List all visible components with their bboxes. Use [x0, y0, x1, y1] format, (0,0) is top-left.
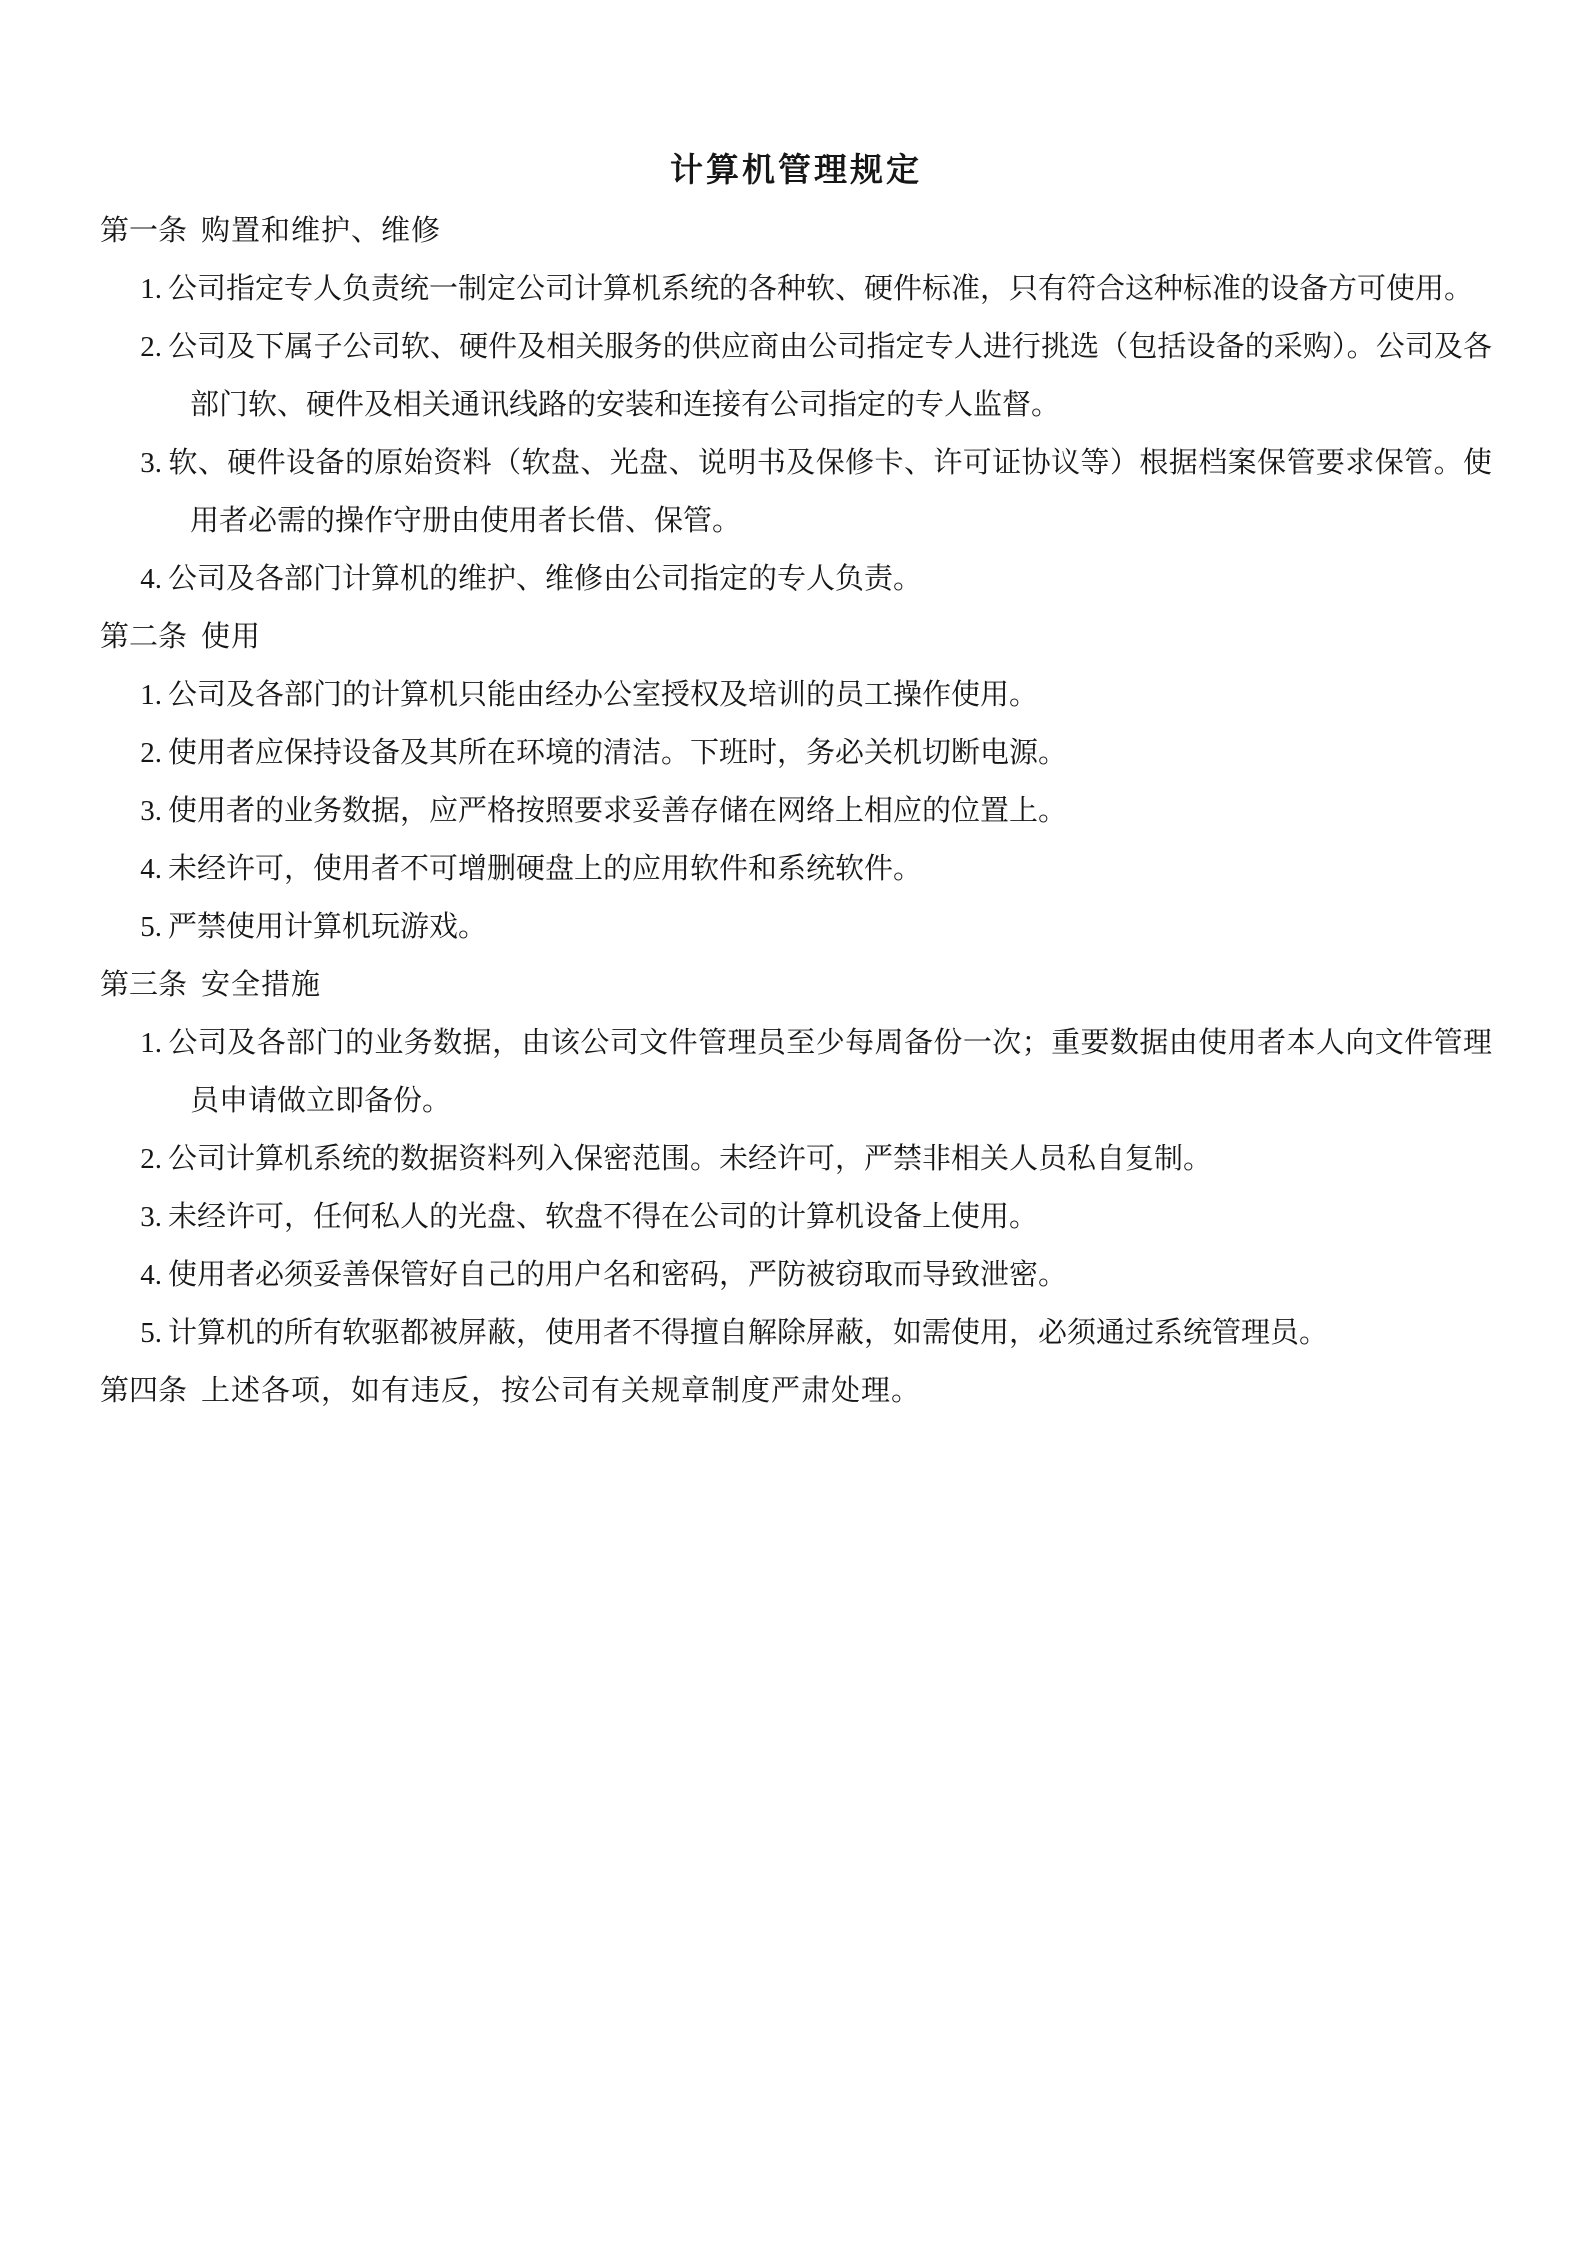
article-1-heading: 第一条购置和维护、维修 — [100, 202, 1492, 260]
item-text: 严禁使用计算机玩游戏。 — [168, 911, 487, 943]
item-text: 使用者应保持设备及其所在环境的清洁。下班时，务必关机切断电源。 — [168, 737, 1067, 769]
item-number: 3. — [138, 434, 162, 492]
article-3-label: 第三条 — [100, 969, 187, 1001]
list-item: 3.使用者的业务数据，应严格按照要求妥善存储在网络上相应的位置上。 — [100, 782, 1492, 840]
list-item: 1.公司及各部门的业务数据，由该公司文件管理员至少每周备份一次；重要数据由使用者… — [100, 1014, 1492, 1130]
article-4-label: 第四条 — [100, 1375, 187, 1407]
article-3-title: 安全措施 — [201, 969, 321, 1001]
list-item: 2.使用者应保持设备及其所在环境的清洁。下班时，务必关机切断电源。 — [100, 724, 1492, 782]
item-number: 4. — [138, 550, 162, 608]
article-2-heading: 第二条使用 — [100, 608, 1492, 666]
list-item: 4.公司及各部门计算机的维护、维修由公司指定的专人负责。 — [100, 550, 1492, 608]
item-text: 软、硬件设备的原始资料（软盘、光盘、说明书及保修卡、许可证协议等）根据档案保管要… — [168, 447, 1492, 537]
list-item: 1.公司指定专人负责统一制定公司计算机系统的各种软、硬件标准，只有符合这种标准的… — [100, 260, 1492, 318]
article-2-title: 使用 — [201, 621, 261, 653]
list-item: 2.公司及下属子公司软、硬件及相关服务的供应商由公司指定专人进行挑选（包括设备的… — [100, 318, 1492, 434]
list-item: 1.公司及各部门的计算机只能由经办公室授权及培训的员工操作使用。 — [100, 666, 1492, 724]
item-text: 公司及各部门计算机的维护、维修由公司指定的专人负责。 — [168, 563, 922, 595]
list-item: 5.严禁使用计算机玩游戏。 — [100, 898, 1492, 956]
item-text: 未经许可，使用者不可增删硬盘上的应用软件和系统软件。 — [168, 853, 922, 885]
item-number: 2. — [138, 318, 162, 376]
article-3: 第三条安全措施 1.公司及各部门的业务数据，由该公司文件管理员至少每周备份一次；… — [100, 956, 1492, 1362]
item-text: 使用者必须妥善保管好自己的用户名和密码，严防被窃取而导致泄密。 — [168, 1259, 1067, 1291]
item-number: 1. — [138, 260, 162, 318]
article-2-items: 1.公司及各部门的计算机只能由经办公室授权及培训的员工操作使用。 2.使用者应保… — [100, 666, 1492, 956]
item-text: 未经许可，任何私人的光盘、软盘不得在公司的计算机设备上使用。 — [168, 1201, 1038, 1233]
item-number: 5. — [138, 1304, 162, 1362]
item-text: 公司及各部门的计算机只能由经办公室授权及培训的员工操作使用。 — [168, 679, 1038, 711]
item-number: 5. — [138, 898, 162, 956]
article-4: 第四条上述各项，如有违反，按公司有关规章制度严肃处理。 — [100, 1362, 1492, 1420]
list-item: 3.未经许可，任何私人的光盘、软盘不得在公司的计算机设备上使用。 — [100, 1188, 1492, 1246]
article-2: 第二条使用 1.公司及各部门的计算机只能由经办公室授权及培训的员工操作使用。 2… — [100, 608, 1492, 956]
item-number: 4. — [138, 840, 162, 898]
list-item: 4.使用者必须妥善保管好自己的用户名和密码，严防被窃取而导致泄密。 — [100, 1246, 1492, 1304]
item-text: 公司及下属子公司软、硬件及相关服务的供应商由公司指定专人进行挑选（包括设备的采购… — [168, 331, 1492, 421]
article-2-label: 第二条 — [100, 621, 187, 653]
list-item: 2.公司计算机系统的数据资料列入保密范围。未经许可，严禁非相关人员私自复制。 — [100, 1130, 1492, 1188]
item-number: 2. — [138, 1130, 162, 1188]
article-1-label: 第一条 — [100, 215, 187, 247]
document-body: { "page": { "title": "计算机管理规定" }, "secti… — [0, 0, 1587, 2245]
list-item: 3.软、硬件设备的原始资料（软盘、光盘、说明书及保修卡、许可证协议等）根据档案保… — [100, 434, 1492, 550]
article-1: 第一条购置和维护、维修 1.公司指定专人负责统一制定公司计算机系统的各种软、硬件… — [100, 202, 1492, 608]
item-text: 公司计算机系统的数据资料列入保密范围。未经许可，严禁非相关人员私自复制。 — [168, 1143, 1212, 1175]
article-4-heading: 第四条上述各项，如有违反，按公司有关规章制度严肃处理。 — [100, 1362, 1492, 1420]
item-text: 公司及各部门的业务数据，由该公司文件管理员至少每周备份一次；重要数据由使用者本人… — [168, 1027, 1492, 1117]
article-1-items: 1.公司指定专人负责统一制定公司计算机系统的各种软、硬件标准，只有符合这种标准的… — [100, 260, 1492, 608]
item-text: 使用者的业务数据，应严格按照要求妥善存储在网络上相应的位置上。 — [168, 795, 1067, 827]
list-item: 4.未经许可，使用者不可增删硬盘上的应用软件和系统软件。 — [100, 840, 1492, 898]
article-1-title: 购置和维护、维修 — [201, 215, 441, 247]
document-title: 计算机管理规定 — [100, 140, 1492, 202]
item-number: 2. — [138, 724, 162, 782]
article-3-items: 1.公司及各部门的业务数据，由该公司文件管理员至少每周备份一次；重要数据由使用者… — [100, 1014, 1492, 1362]
item-text: 计算机的所有软驱都被屏蔽，使用者不得擅自解除屏蔽，如需使用，必须通过系统管理员。 — [168, 1317, 1328, 1349]
item-number: 3. — [138, 1188, 162, 1246]
item-number: 4. — [138, 1246, 162, 1304]
article-4-title: 上述各项，如有违反，按公司有关规章制度严肃处理。 — [201, 1375, 921, 1407]
item-number: 3. — [138, 782, 162, 840]
document-page: 计算机管理规定 第一条购置和维护、维修 1.公司指定专人负责统一制定公司计算机系… — [0, 0, 1587, 2245]
item-number: 1. — [138, 1014, 162, 1072]
item-number: 1. — [138, 666, 162, 724]
list-item: 5.计算机的所有软驱都被屏蔽，使用者不得擅自解除屏蔽，如需使用，必须通过系统管理… — [100, 1304, 1492, 1362]
article-3-heading: 第三条安全措施 — [100, 956, 1492, 1014]
item-text: 公司指定专人负责统一制定公司计算机系统的各种软、硬件标准，只有符合这种标准的设备… — [168, 273, 1473, 305]
